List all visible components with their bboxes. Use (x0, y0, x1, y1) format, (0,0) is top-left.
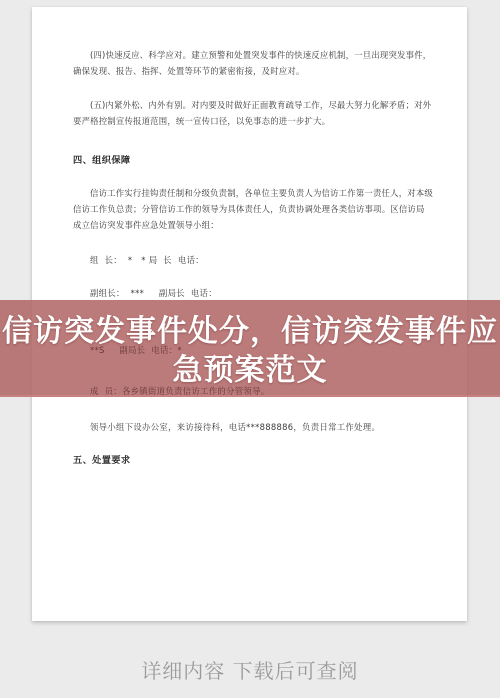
paragraph-text: (四)快速反应、科学应对。建立预警和处置突发事件的快速反应机制，一旦出现突发事件… (73, 50, 431, 76)
team-leader-line: 组 长： * * 局 长 电话： (90, 254, 204, 266)
banner-title: 信访突发事件处分，信访突发事件应急预案范文 (0, 312, 500, 390)
office-line: 领导小组下设办公室，来访接待科，电话***888886，负责日常工作处理。 (90, 421, 380, 433)
paragraph-text: 信访工作实行挂钩责任制和分级负责制，各单位主要负责人为信访工作第一责任人，对本级… (73, 188, 433, 230)
paragraph-internal-external: (五)内紧外松、内外有别。对内要及时做好正面教育疏导工作，尽最大努力化解矛盾；对… (73, 97, 433, 129)
title-banner: **S 副局长 电话：* 成 员：各乡镇街道负责信访工作的分管领导。 信访突发事… (0, 300, 500, 397)
paragraph-quick-response: (四)快速反应、科学应对。建立预警和处置突发事件的快速反应机制，一旦出现突发事件… (73, 47, 433, 79)
paragraph-responsibility: 信访工作实行挂钩责任制和分级负责制，各单位主要负责人为信访工作第一责任人，对本级… (73, 185, 433, 233)
section-heading-requirements: 五、处置要求 (73, 452, 131, 466)
team-deputy-line: 副组长： *** 副局长 电话： (90, 287, 217, 299)
paragraph-text: (五)内紧外松、内外有别。对内要及时做好正面教育疏导工作，尽最大努力化解矛盾；对… (73, 100, 431, 126)
preview-stage: (四)快速反应、科学应对。建立预警和处置突发事件的快速反应机制，一旦出现突发事件… (0, 0, 500, 698)
section-heading-organization: 四、组织保障 (73, 152, 131, 166)
download-hint: 详细内容 下载后可查阅 (0, 655, 500, 684)
